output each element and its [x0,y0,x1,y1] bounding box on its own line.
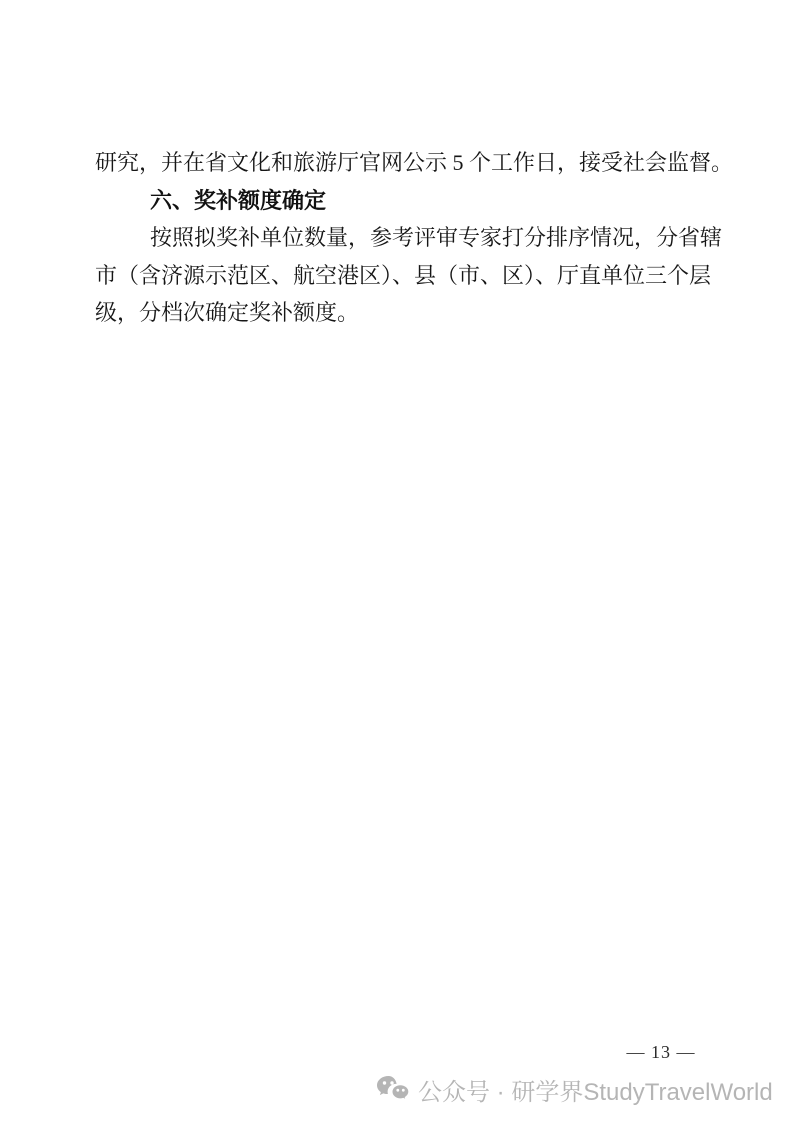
paragraph-line: 市（含济源示范区、航空港区）、县（市、区）、厅直单位三个层 [95,257,700,295]
paragraph-line: 按照拟奖补单位数量，参考评审专家打分排序情况，分省辖 [95,219,700,257]
paragraph-line: 级，分档次确定奖补额度。 [95,294,700,332]
document-body: 研究，并在省文化和旅游厅官网公示 5 个工作日，接受社会监督。 六、奖补额度确定… [95,144,700,332]
section-heading: 六、奖补额度确定 [95,182,700,220]
body-continuation-line: 研究，并在省文化和旅游厅官网公示 5 个工作日，接受社会监督。 [95,144,700,182]
wechat-watermark: 公众号 · 研学界StudyTravelWorld [376,1074,773,1104]
wechat-icon [376,1075,410,1103]
document-page: 研究，并在省文化和旅游厅官网公示 5 个工作日，接受社会监督。 六、奖补额度确定… [0,0,794,1123]
watermark-text: 公众号 · 研学界StudyTravelWorld [418,1072,773,1107]
page-number: — 13 — [610,1042,712,1063]
